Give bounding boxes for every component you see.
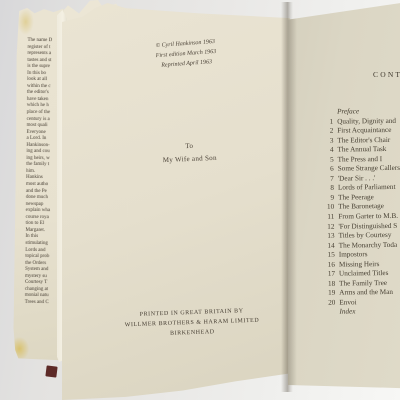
toc-entry-title: The Press and I	[338, 155, 383, 165]
toc-entry-title: Arms and the Man	[339, 288, 393, 298]
toc-entry-number: 3	[305, 136, 333, 146]
toc-entry-title: Lords of Parliament	[338, 183, 396, 193]
flap-worn-spot-bottom	[13, 337, 29, 361]
toc-entry-number: 15	[307, 251, 335, 261]
toc-entry-number: 8	[306, 184, 334, 194]
toc-entry-number: 9	[306, 194, 334, 204]
printer-imprint: PRINTED IN GREAT BRITAIN BY WILLMER BROT…	[106, 306, 279, 341]
toc-entry-number: 4	[305, 146, 333, 156]
contents-heading: CONTENTS	[373, 70, 400, 79]
toc-entry: 14The Monarchy Toda	[307, 239, 400, 251]
toc-entry-number: 20	[307, 299, 335, 309]
copyright-page: © Cyril Hankinson 1963 First edition Mar…	[62, 3, 290, 400]
toc-entry-title: Envoi	[339, 298, 356, 308]
toc-entry-title: Impostors	[339, 250, 368, 260]
toc-entry-title: The Peerage	[338, 193, 374, 203]
book-cover-edge	[45, 365, 57, 377]
contents-entries: 1Quality, Dignity and2First Acquaintance…	[305, 115, 400, 308]
contents-list: Preface 1Quality, Dignity and2First Acqu…	[305, 106, 400, 318]
dust-jacket-flap: The name Dregister of trepresents ataste…	[13, 7, 64, 360]
toc-entry-title: Unclaimed Titles	[339, 269, 388, 279]
dedication: To My Wife and Son	[137, 138, 243, 168]
toc-entry-title: The Monarchy Toda	[339, 241, 398, 251]
contents-page: CONTENTS Preface 1Quality, Dignity and2F…	[288, 0, 400, 392]
toc-entry-title: Some Strange Callers	[338, 164, 400, 174]
open-book-photo: The name Dregister of trepresents ataste…	[0, 0, 400, 400]
toc-num-blank	[305, 108, 333, 118]
toc-entry: 6Some Strange Callers	[306, 163, 400, 175]
preface-label: Preface	[337, 107, 359, 117]
toc-entry: 4The Annual Task	[305, 144, 400, 156]
toc-entry-number: 10	[306, 203, 334, 213]
toc-entry-title: 'Dear Sir . . .'	[338, 174, 376, 184]
toc-entry: 19Arms and the Man	[307, 287, 400, 299]
toc-entry-number: 2	[305, 127, 333, 137]
toc-entry-number: 18	[307, 279, 335, 289]
index-label: Index	[339, 308, 355, 318]
toc-index-row: Index	[307, 306, 400, 318]
toc-entry-title: The Family Tree	[339, 279, 387, 289]
toc-entry-number: 12	[306, 222, 334, 232]
toc-entry-number: 1	[305, 117, 333, 127]
toc-entry-title: The Baronetage	[338, 203, 384, 213]
toc-entry-title: Missing Heirs	[339, 260, 380, 270]
toc-entry-number: 7	[306, 174, 334, 184]
toc-entry: 8Lords of Parliament	[306, 182, 400, 194]
toc-entry-number: 17	[307, 270, 335, 280]
toc-entry-number: 19	[307, 289, 335, 299]
toc-entry-number: 5	[306, 155, 334, 165]
toc-entry-number: 6	[306, 165, 334, 175]
toc-entry-number: 14	[307, 241, 335, 251]
toc-entry-number: 11	[306, 213, 334, 223]
toc-entry-number: 16	[307, 260, 335, 270]
toc-entry-title: The Annual Task	[337, 145, 386, 155]
toc-entry-number: 13	[307, 232, 335, 242]
flap-worn-spot-top	[18, 9, 34, 35]
toc-num-blank	[307, 308, 335, 318]
copyright-block: © Cyril Hankinson 1963 First edition Mar…	[125, 35, 247, 73]
